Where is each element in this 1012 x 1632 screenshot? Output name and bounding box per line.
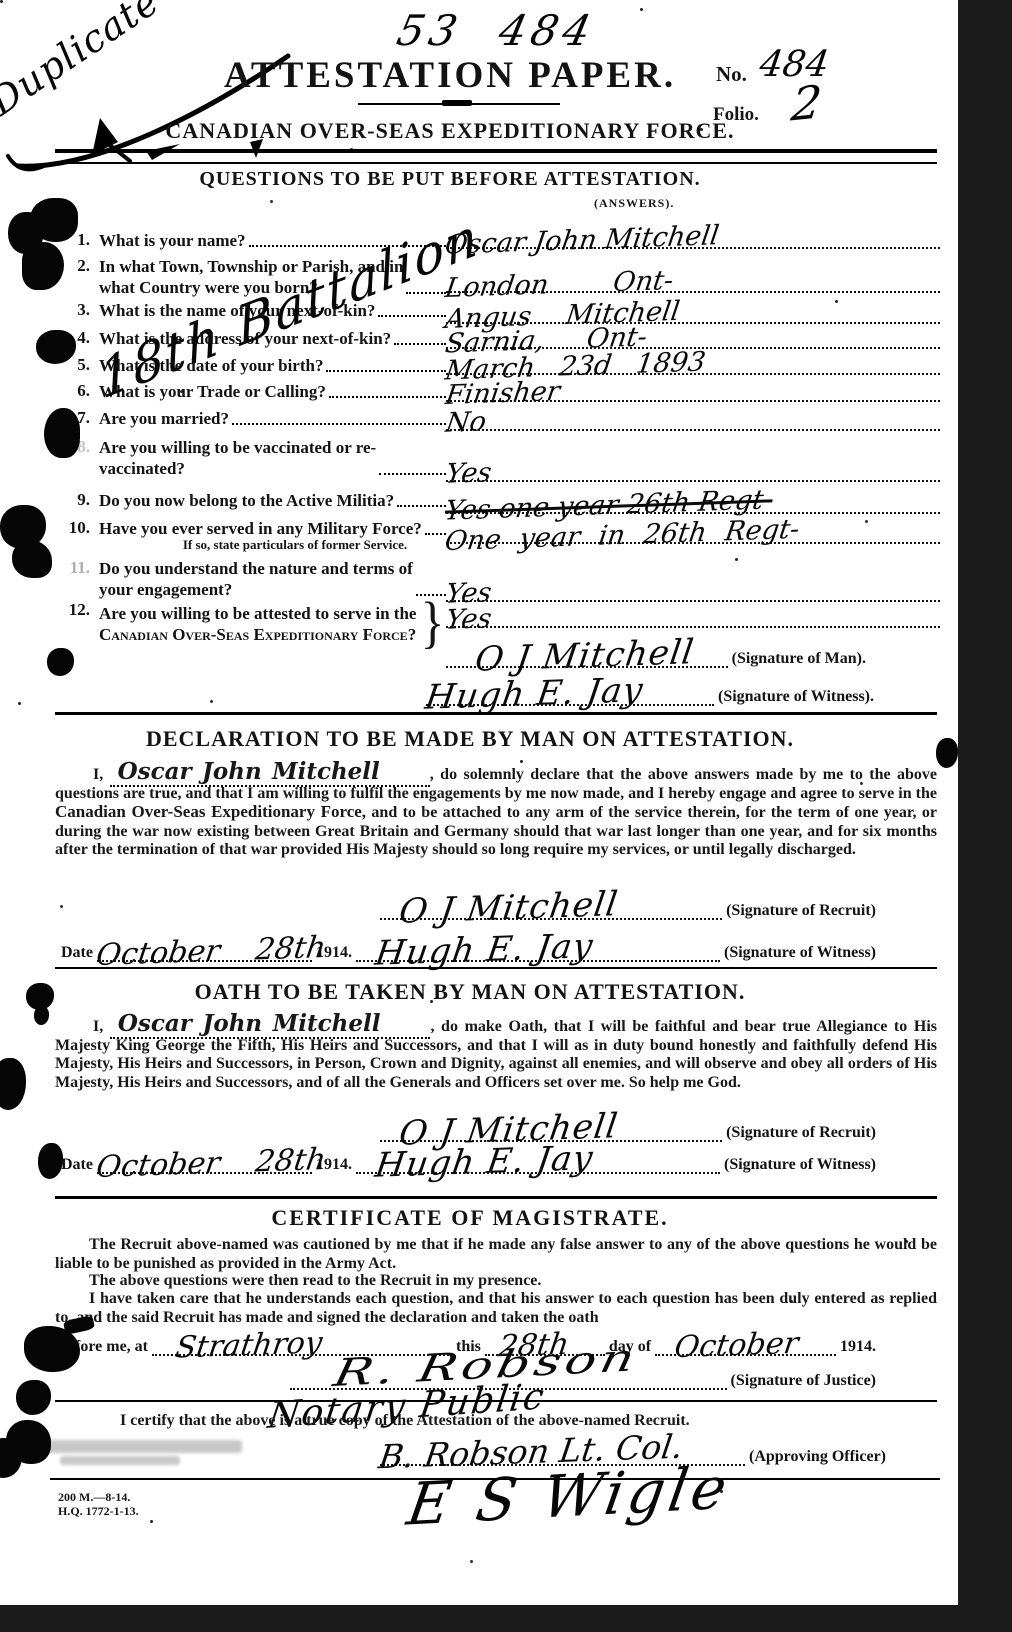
answer-line: One year in 26th Regt- bbox=[446, 507, 940, 544]
oath-name-handwriting: Oscar John Mitchell bbox=[110, 1010, 431, 1039]
ink-blot bbox=[16, 1380, 51, 1415]
justice-signature-label: (Signature of Justice) bbox=[727, 1372, 880, 1390]
scan-edge-right bbox=[958, 0, 1012, 1632]
witness-signature-handwriting: Hugh E. Jay bbox=[373, 929, 596, 971]
declaration-heading: DECLARATION TO BE MADE BY MAN ON ATTESTA… bbox=[0, 726, 940, 752]
date-line: October 28th bbox=[97, 937, 312, 962]
subtitle: CANADIAN OVER-SEAS EXPEDITIONARY FORCE. bbox=[0, 118, 900, 144]
question-number: 12. bbox=[54, 600, 99, 620]
answer-line: Oscar John Mitchell bbox=[446, 212, 940, 249]
declaration-body-bold: Canadian Over-Seas Expeditionary Force, bbox=[55, 802, 366, 821]
scan-edge-bottom bbox=[0, 1605, 1012, 1632]
oath-intro: I, bbox=[93, 1018, 103, 1035]
recruit-signature-label: (Signature of Recruit) bbox=[722, 902, 880, 920]
answer-line: Yes bbox=[446, 591, 940, 628]
question-number: 9. bbox=[54, 490, 99, 510]
leader-dots bbox=[394, 343, 446, 345]
faded-stamp bbox=[60, 1456, 180, 1465]
question-row: 12. Are you willing to be attested to se… bbox=[54, 600, 446, 645]
man-signature-label: (Signature of Man). bbox=[728, 650, 870, 668]
question-row: 9. Do you now belong to the Active Milit… bbox=[54, 490, 446, 511]
leader-dots bbox=[397, 505, 446, 507]
question-brace: } bbox=[420, 597, 444, 649]
ink-blot bbox=[12, 540, 52, 578]
attestation-paper-scan: Duplicate 53 484 ATTESTATION PAPER. No. … bbox=[0, 0, 1012, 1632]
faded-stamp bbox=[42, 1440, 242, 1453]
question-text: Are you married? bbox=[99, 408, 229, 429]
ink-blot bbox=[0, 1438, 22, 1478]
approving-officer-label: (Approving Officer) bbox=[745, 1448, 890, 1466]
oath-recruit-signature-row: O J Mitchell (Signature of Recruit) bbox=[380, 1106, 880, 1142]
question-line2: your engagement? bbox=[99, 579, 413, 600]
date-handwriting: October 28th bbox=[94, 1145, 327, 1183]
question-line1: Are you willing to be vaccinated or re- bbox=[99, 438, 376, 457]
witness-signature-label: (Signature of Witness) bbox=[720, 944, 880, 962]
oath-heading: OATH TO BE TAKEN BY MAN ON ATTESTATION. bbox=[0, 979, 940, 1005]
no-label: No. bbox=[716, 62, 747, 87]
certificate-heading: CERTIFICATE OF MAGISTRATE. bbox=[0, 1205, 940, 1231]
justice-signature-row: R. Robson (Signature of Justice) bbox=[290, 1350, 880, 1390]
answer-line: No bbox=[446, 394, 940, 431]
ink-blot bbox=[0, 1058, 26, 1110]
recruit-signature-handwriting: O J Mitchell bbox=[397, 887, 620, 929]
declaration-date-row: Date October 28th 1914. Hugh E. Jay (Sig… bbox=[57, 926, 880, 962]
question-row: 8. Are you willing to be vaccinated or r… bbox=[54, 437, 446, 479]
question-number: 11. bbox=[54, 558, 99, 578]
question-row: 10. Have you ever served in any Military… bbox=[54, 518, 446, 539]
form-number-line1: 200 M.—8-14. bbox=[58, 1490, 139, 1504]
leader-dots bbox=[378, 315, 446, 317]
scan-specks bbox=[0, 0, 3, 3]
date-line: October 28th bbox=[97, 1149, 312, 1174]
question-text: Are you willing to be vaccinated or re-v… bbox=[99, 437, 376, 479]
declaration-paragraph: I, Oscar John Mitchell, do solemnly decl… bbox=[55, 764, 937, 860]
leader-dots bbox=[326, 370, 446, 372]
certificate-para2: The above questions were then read to th… bbox=[55, 1272, 937, 1291]
witness-signature-label: (Signature of Witness). bbox=[714, 688, 878, 706]
witness-signature-handwriting: Hugh E. Jay bbox=[423, 673, 646, 715]
signature-line: O J Mitchell bbox=[446, 639, 728, 668]
question-number: 6. bbox=[54, 381, 99, 401]
answer-handwriting: Yes bbox=[444, 605, 493, 634]
form-number-line2: H.Q. 1772-1-13. bbox=[58, 1504, 139, 1518]
question-text: Do you understand the nature and terms o… bbox=[99, 558, 413, 600]
answer-handwriting: One year in 26th Regt- bbox=[443, 516, 801, 555]
date-label: Date bbox=[57, 944, 97, 962]
answers-column-label: (ANSWERS). bbox=[594, 196, 674, 211]
witness-signature-row: Hugh E. Jay (Signature of Witness). bbox=[426, 670, 878, 706]
oath-date-row: Date October 28th 1914. Hugh E. Jay (Sig… bbox=[57, 1138, 880, 1174]
section-rule bbox=[55, 1400, 937, 1402]
serial-number-handwritten: 53 484 bbox=[393, 6, 600, 55]
date-handwriting: October 28th bbox=[94, 933, 327, 971]
question-text: Do you now belong to the Active Militia? bbox=[99, 490, 394, 511]
witness-signature-handwriting: Hugh E. Jay bbox=[373, 1141, 596, 1183]
signature-line: O J Mitchell bbox=[380, 891, 722, 920]
questions-heading: QUESTIONS TO BE PUT BEFORE ATTESTATION. bbox=[0, 168, 900, 191]
question-line1: Are you willing to be attested to serve … bbox=[99, 604, 416, 623]
question-text: What is your name? bbox=[99, 230, 246, 251]
certificate-para1: The Recruit above-named was cautioned by… bbox=[55, 1236, 937, 1273]
question-line2: Canadian Over-Seas Expeditionary Force? bbox=[99, 624, 416, 645]
question-number: 3. bbox=[54, 300, 99, 320]
header-rule bbox=[55, 149, 937, 164]
question-row: 11. Do you understand the nature and ter… bbox=[54, 558, 446, 600]
ink-blot bbox=[44, 408, 80, 458]
question-line1: Do you understand the nature and terms o… bbox=[99, 559, 413, 578]
declaration-recruit-signature-row: O J Mitchell (Signature of Recruit) bbox=[380, 884, 880, 920]
oath-paragraph: I, Oscar John Mitchell, do make Oath, th… bbox=[55, 1016, 937, 1092]
ink-blot bbox=[30, 198, 78, 242]
answer-handwriting: No bbox=[444, 408, 488, 436]
answer-handwriting: Oscar John Mitchell bbox=[443, 222, 720, 258]
form-number: 200 M.—8-14. H.Q. 1772-1-13. bbox=[58, 1490, 139, 1518]
title-divider-center bbox=[442, 100, 472, 106]
question-subnote: If so, state particulars of former Servi… bbox=[150, 537, 440, 553]
question-row: 7. Are you married? bbox=[54, 408, 446, 429]
signature-line: Hugh E. Jay bbox=[426, 677, 714, 706]
man-signature-row: O J Mitchell (Signature of Man). bbox=[446, 632, 870, 668]
question-line2: vaccinated? bbox=[99, 458, 376, 479]
declaration-intro: I, bbox=[93, 766, 103, 783]
section-rule bbox=[55, 1196, 937, 1199]
section-rule bbox=[55, 712, 937, 715]
signature-line: Hugh E. Jay bbox=[356, 933, 720, 962]
leader-dots bbox=[232, 423, 446, 425]
ink-blot bbox=[47, 648, 74, 676]
declaration-name-handwriting: Oscar John Mitchell bbox=[110, 758, 430, 787]
leader-dots bbox=[425, 533, 446, 535]
leader-dots bbox=[329, 396, 446, 398]
section-rule bbox=[55, 967, 937, 969]
witness-signature-label: (Signature of Witness) bbox=[720, 1156, 880, 1174]
signature-line: Hugh E. Jay bbox=[356, 1145, 720, 1174]
question-number: 10. bbox=[54, 518, 99, 538]
ink-blot bbox=[34, 1006, 49, 1025]
leader-dots bbox=[379, 473, 446, 475]
question-text: Are you willing to be attested to serve … bbox=[99, 603, 416, 645]
question-text: Have you ever served in any Military For… bbox=[99, 518, 422, 539]
